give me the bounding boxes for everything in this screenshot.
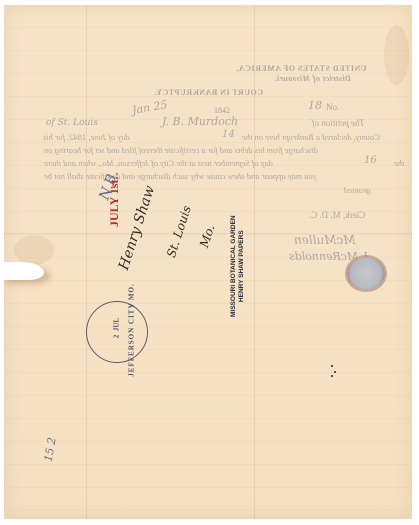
address-state: Mo. [197, 223, 217, 249]
paper-tear [0, 262, 44, 280]
bleed-day-declared: 14 [222, 129, 235, 140]
document-sheet: UNITED STATES OF AMERICA, District of Mi… [4, 5, 412, 519]
archive-line-2: HENRY SHAW PAPERS [238, 215, 246, 317]
bleed-number-value: 18 [308, 99, 322, 112]
bleed-line-granted: granted [344, 185, 370, 195]
fold-line [86, 5, 87, 519]
bleed-petition-line: The petition of [312, 118, 365, 128]
margin-note: 15 2 [42, 436, 59, 462]
archive-line-1: MISSOURI BOTANICAL GARDEN [230, 215, 238, 317]
bleed-heading-1: UNITED STATES OF AMERICA, [236, 64, 367, 73]
fold-line [254, 5, 255, 519]
address-name: Henry Shaw [116, 184, 158, 272]
bleed-heading-2: District of Missouri. [274, 74, 351, 83]
seal-hole [347, 257, 385, 290]
address-city: St. Louis [164, 204, 194, 259]
stain [384, 25, 409, 85]
bleed-petitioner-name: J. B. Murdoch [162, 115, 238, 128]
bleed-line-discharge: discharge from his debts and for a certi… [44, 145, 318, 155]
archive-stamp: MISSOURI BOTANICAL GARDEN HENRY SHAW PAP… [230, 215, 246, 317]
bleed-petitioner-county: of St. Louis [46, 118, 98, 128]
postmark-town: JEFFERSON CITY MO. [128, 283, 136, 376]
bleed-line-county: County, declared a Bankrupt here on the [242, 132, 380, 142]
bleed-line-the: the [394, 158, 404, 168]
stain [14, 235, 54, 265]
postmark: JEFFERSON CITY MO. JUL 2 [86, 301, 148, 363]
bleed-clerk: Clerk, M. D. C. [309, 210, 365, 220]
bleed-number-label: No. [326, 102, 339, 112]
bleed-day-hearing: 16 [364, 155, 377, 166]
bleed-line-june: day of June, 1842, for his [43, 132, 130, 142]
postmark-day: 2 [113, 307, 122, 367]
bleed-line-september: day of September next at the City of Jef… [44, 158, 273, 168]
red-date-stamp: JULY 1st. [107, 177, 122, 227]
bleed-court-title: COURT IN BANKRUPTCY. [154, 88, 263, 97]
bleed-year: 1842 [214, 106, 230, 115]
bleed-line-appear: you may appear and shew cause why such d… [44, 171, 316, 181]
bleed-signature-1: McMullen [294, 233, 356, 247]
